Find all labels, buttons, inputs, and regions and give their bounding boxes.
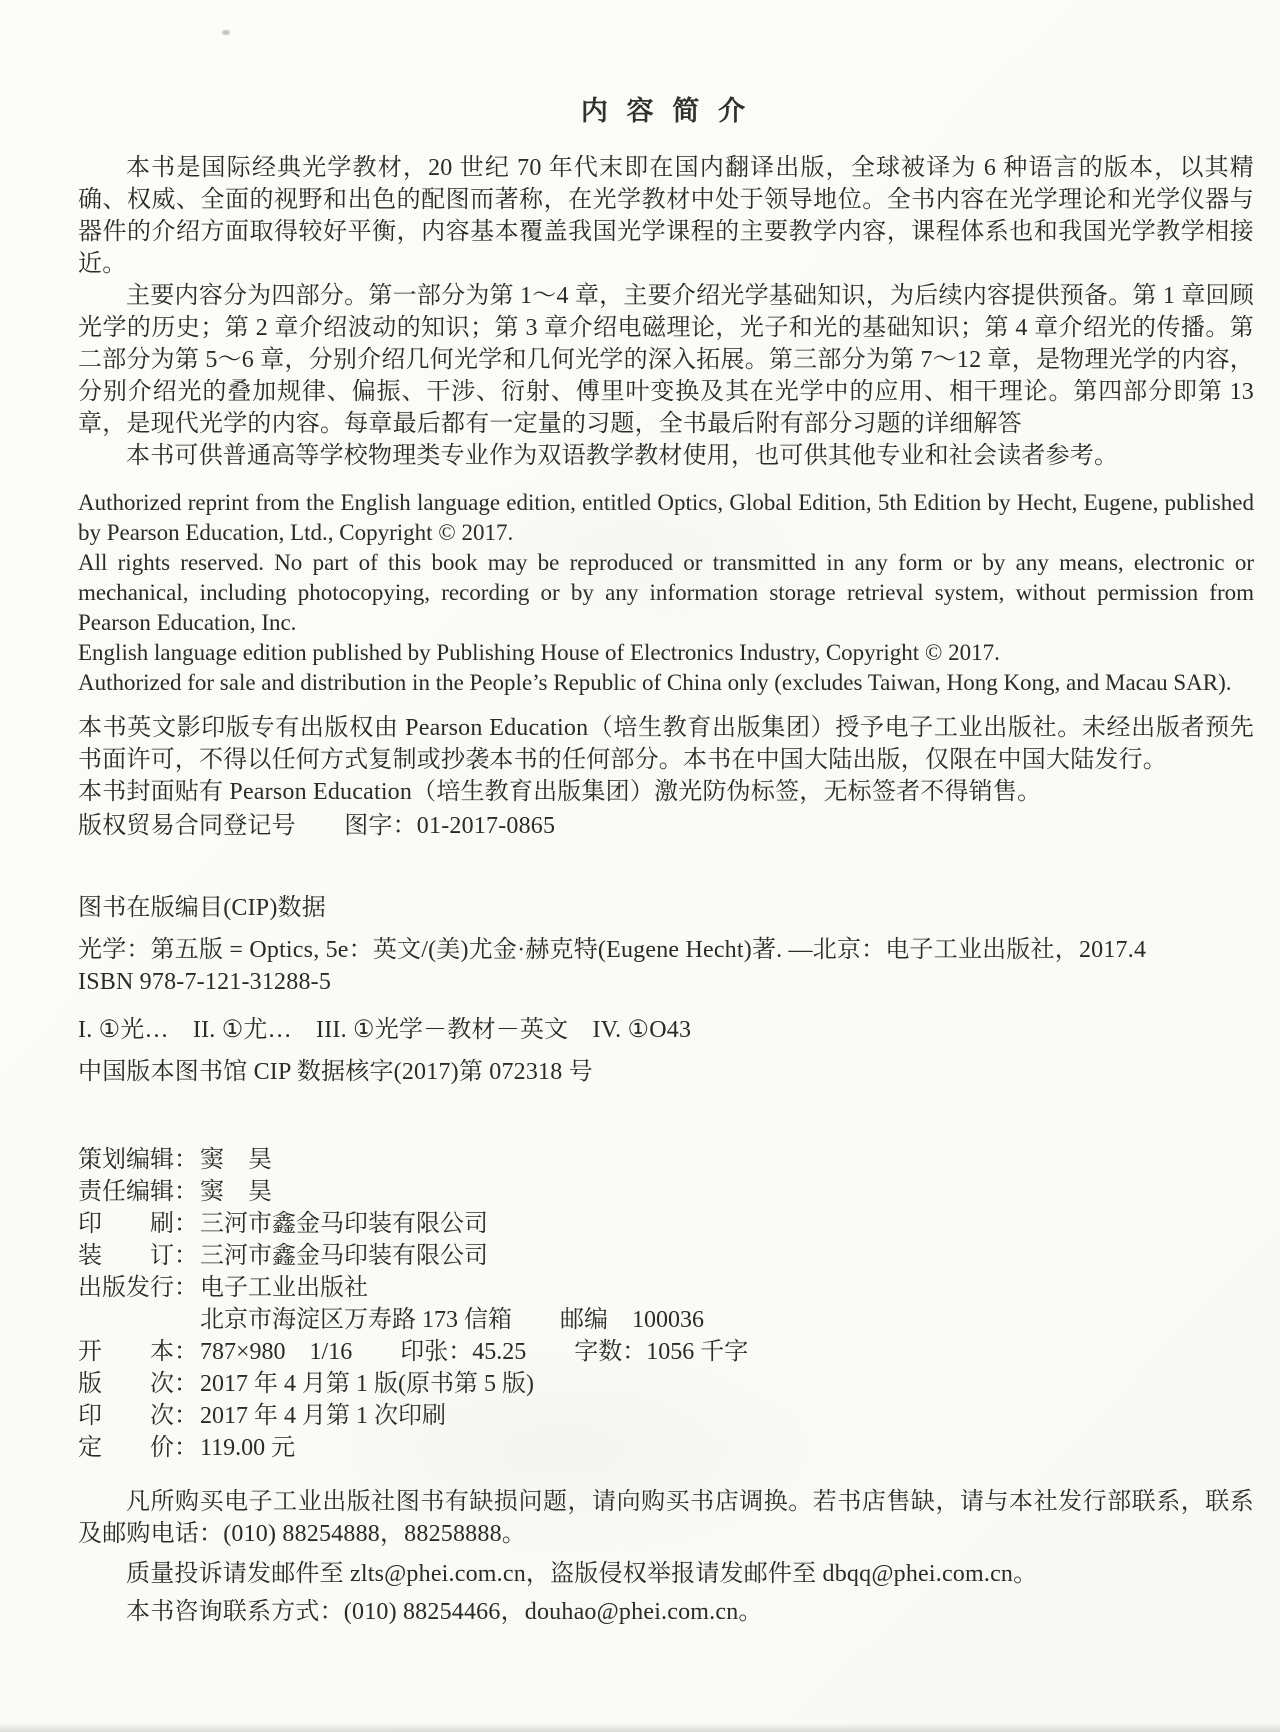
intro-paragraph-1: 本书是国际经典光学教材，20 世纪 70 年代末即在国内翻译出版，全球被译为 6… (78, 152, 1254, 280)
chinese-notice-paragraph-2: 本书封面贴有 Pearson Education（培生教育出版集团）激光防伪标签… (78, 776, 1254, 808)
colophon-label: 定 价： (78, 1432, 200, 1464)
colophon-row-edition: 版 次：2017 年 4 月第 1 版(原书第 5 版) (78, 1368, 1254, 1400)
colophon-label: 策划编辑： (78, 1144, 200, 1176)
footer-paragraph-contact: 本书咨询联系方式：(010) 88254466，douhao@phei.com.… (78, 1596, 1254, 1628)
colophon-label: 印 刷： (78, 1208, 200, 1240)
colophon-row-planning-editor: 策划编辑：窦 昊 (78, 1144, 1254, 1176)
colophon-value: 北京市海淀区万寿路 173 信箱 邮编 100036 (200, 1307, 704, 1333)
colophon-label: 装 订： (78, 1240, 200, 1272)
english-notice-paragraph-4: Authorized for sale and distribution in … (78, 668, 1254, 698)
cip-classification: I. ①光… II. ①尤… III. ①光学－教材－英文 IV. ①O43 (78, 1014, 1254, 1046)
footer-paragraph-exchange: 凡所购买电子工业出版社图书有缺损问题，请向购买书店调换。若书店售缺，请与本社发行… (78, 1486, 1254, 1550)
purchase-notice-section: 凡所购买电子工业出版社图书有缺损问题，请向购买书店调换。若书店售缺，请与本社发行… (78, 1486, 1254, 1628)
cip-data-section: 图书在版编目(CIP)数据 光学：第五版 = Optics, 5e：英文/(美)… (78, 892, 1254, 1088)
colophon-label: 印 次： (78, 1400, 200, 1432)
colophon-value: 2017 年 4 月第 1 版(原书第 5 版) (200, 1371, 534, 1397)
english-notice-paragraph-1: Authorized reprint from the English lang… (78, 488, 1254, 548)
chinese-copyright-section: 本书英文影印版专有出版权由 Pearson Education（培生教育出版集团… (78, 712, 1254, 842)
english-notice-paragraph-2: All rights reserved. No part of this boo… (78, 548, 1254, 638)
colophon-row-responsible-editor: 责任编辑：窦 昊 (78, 1176, 1254, 1208)
colophon-label: 开 本： (78, 1336, 200, 1368)
colophon-row-format: 开 本：787×980 1/16 印张：45.25 字数：1056 千字 (78, 1336, 1254, 1368)
colophon-value: 三河市鑫金马印装有限公司 (200, 1243, 488, 1269)
colophon-row-price: 定 价：119.00 元 (78, 1432, 1254, 1464)
cip-heading: 图书在版编目(CIP)数据 (78, 892, 1254, 924)
colophon-value: 787×980 1/16 印张：45.25 字数：1056 千字 (200, 1339, 748, 1365)
intro-section: 本书是国际经典光学教材，20 世纪 70 年代末即在国内翻译出版，全球被译为 6… (78, 152, 1254, 472)
page-title: 内 容 简 介 (78, 94, 1254, 128)
book-copyright-page: 内 容 简 介 本书是国际经典光学教材，20 世纪 70 年代末即在国内翻译出版… (0, 0, 1280, 1732)
colophon-row-binder: 装 订：三河市鑫金马印装有限公司 (78, 1240, 1254, 1272)
english-notice-paragraph-3: English language edition published by Pu… (78, 638, 1254, 668)
footer-paragraph-complaints: 质量投诉请发邮件至 zlts@phei.com.cn，盗版侵权举报请发邮件至 d… (78, 1558, 1254, 1590)
colophon-value: 119.00 元 (200, 1435, 295, 1461)
colophon-value: 窦 昊 (200, 1179, 272, 1205)
scan-edge-shadow (0, 1723, 1280, 1732)
english-copyright-section: Authorized reprint from the English lang… (78, 488, 1254, 698)
intro-paragraph-3: 本书可供普通高等学校物理类专业作为双语教学教材使用，也可供其他专业和社会读者参考… (78, 440, 1254, 472)
colophon-value: 电子工业出版社 (200, 1275, 368, 1301)
colophon-label: 出版发行： (78, 1272, 200, 1304)
colophon-label: 责任编辑： (78, 1176, 200, 1208)
colophon-row-publisher-address: 北京市海淀区万寿路 173 信箱 邮编 100036 (78, 1304, 1254, 1336)
chinese-notice-paragraph-1: 本书英文影印版专有出版权由 Pearson Education（培生教育出版集团… (78, 712, 1254, 776)
colophon-row-publisher: 出版发行：电子工业出版社 (78, 1272, 1254, 1304)
page-content: 内 容 简 介 本书是国际经典光学教材，20 世纪 70 年代末即在国内翻译出版… (0, 0, 1280, 1628)
colophon-value: 2017 年 4 月第 1 次印刷 (200, 1403, 446, 1429)
colophon-row-printer: 印 刷：三河市鑫金马印装有限公司 (78, 1208, 1254, 1240)
colophon-label: 版 次： (78, 1368, 200, 1400)
colophon-row-impression: 印 次：2017 年 4 月第 1 次印刷 (78, 1400, 1254, 1432)
colophon-value: 三河市鑫金马印装有限公司 (200, 1211, 488, 1237)
colophon-value: 窦 昊 (200, 1147, 272, 1173)
cip-record-number: 中国版本图书馆 CIP 数据核字(2017)第 072318 号 (78, 1056, 1254, 1088)
copyright-registration-number: 版权贸易合同登记号 图字：01-2017-0865 (78, 810, 1254, 842)
isbn-number: ISBN 978-7-121-31288-5 (78, 966, 1254, 998)
intro-paragraph-2: 主要内容分为四部分。第一部分为第 1～4 章，主要介绍光学基础知识，为后续内容提… (78, 280, 1254, 440)
scan-speck (222, 30, 230, 35)
cip-catalog-entry: 光学：第五版 = Optics, 5e：英文/(美)尤金·赫克特(Eugene … (78, 934, 1254, 966)
colophon-section: 策划编辑：窦 昊 责任编辑：窦 昊 印 刷：三河市鑫金马印装有限公司 装 订：三… (78, 1144, 1254, 1464)
